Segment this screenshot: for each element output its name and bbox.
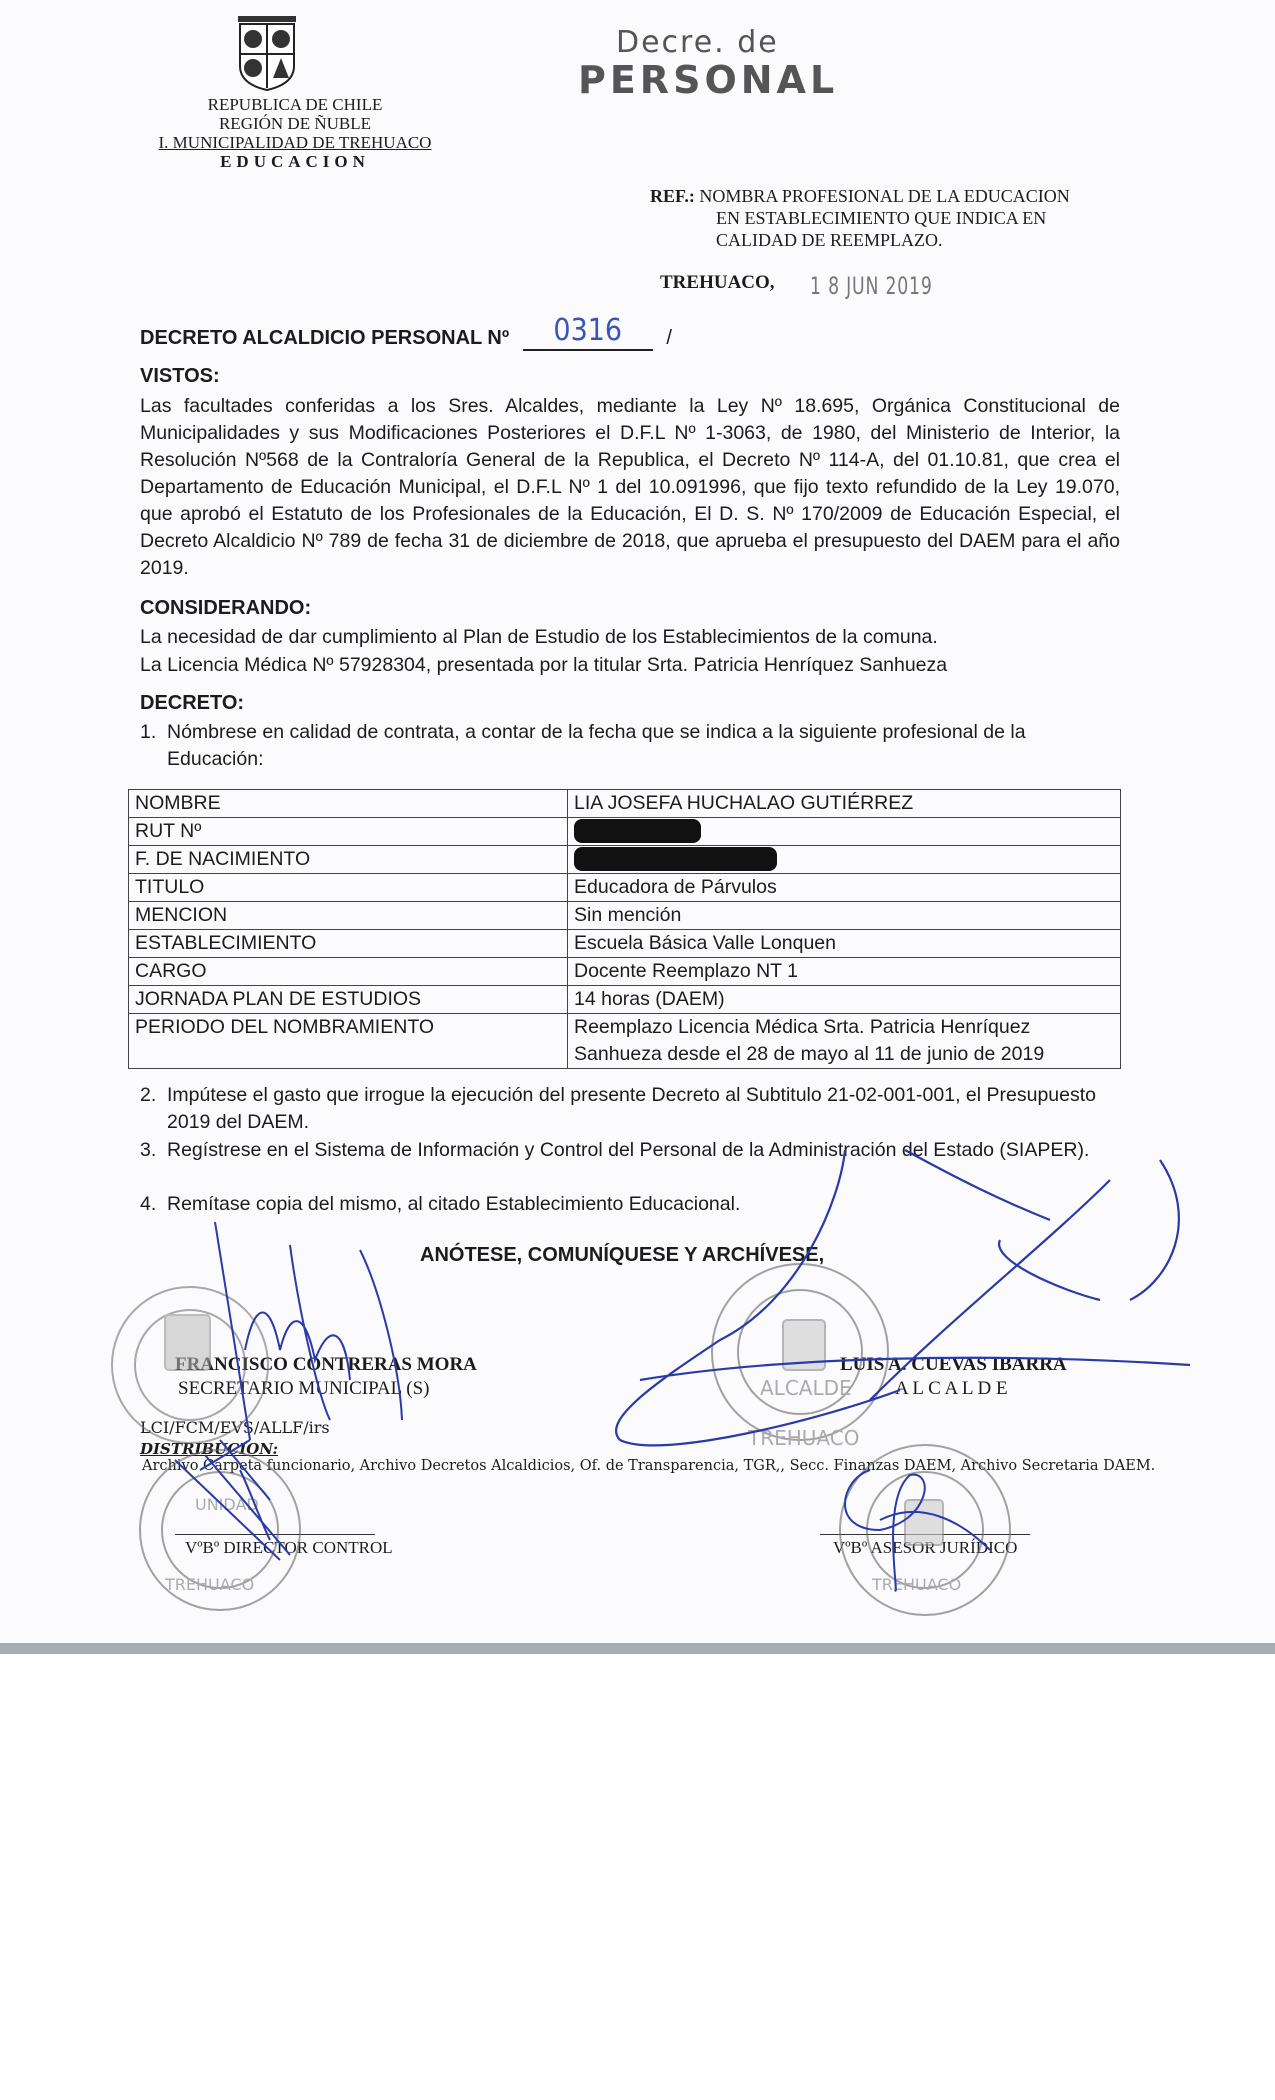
country-name: REPUBLICA DE CHILE <box>135 95 455 114</box>
control-approval-label: VºBº DIRECTOR CONTROL <box>185 1538 393 1558</box>
field-label: F. DE NACIMIENTO <box>129 846 568 874</box>
field-label: RUT Nº <box>129 818 568 846</box>
department-name: EDUCACION <box>135 152 455 171</box>
municipality-name: I. MUNICIPALIDAD DE TREHUACO <box>135 133 455 152</box>
field-label: PERIODO DEL NOMBRAMIENTO <box>129 1014 568 1069</box>
decreto-item-4: 4. Remítase copia del mismo, al citado E… <box>140 1191 1130 1218</box>
field-label: ESTABLECIMIENTO <box>129 930 568 958</box>
appointee-table: NOMBRELIA JOSEFA HUCHALAO GUTIÉRREZRUT N… <box>128 789 1121 1069</box>
table-row: PERIODO DEL NOMBRAMIENTOReemplazo Licenc… <box>129 1014 1121 1069</box>
field-value: 14 horas (DAEM) <box>568 986 1121 1014</box>
field-value: Sin mención <box>568 902 1121 930</box>
scan-edge <box>0 1643 1275 1654</box>
reference-label: REF.: <box>650 186 695 206</box>
table-row: ESTABLECIMIENTOEscuela Básica Valle Lonq… <box>129 930 1121 958</box>
control-seal-icon: UNIDAD TREHUACO <box>140 1450 300 1610</box>
field-label: TITULO <box>129 874 568 902</box>
distribution-title: DISTRIBUCION: <box>140 1440 278 1458</box>
region-name: REGIÓN DE ÑUBLE <box>135 114 455 133</box>
decreto-title: DECRETO: <box>140 692 244 715</box>
reference-line-2: EN ESTABLECIMIENTO QUE INDICA EN <box>650 207 1070 229</box>
reference-line-3: CALIDAD DE REEMPLAZO. <box>650 229 1070 251</box>
table-row: JORNADA PLAN DE ESTUDIOS14 horas (DAEM) <box>129 986 1121 1014</box>
decree-title: DECRETO ALCALDICIO PERSONAL Nº <box>140 327 509 349</box>
municipal-crest-icon <box>232 14 302 92</box>
svg-text:ALCALDE: ALCALDE <box>760 1376 852 1400</box>
secretary-name: FRANCISCO CONTRERAS MORA <box>175 1354 477 1376</box>
closing-formula: ANÓTESE, COMUNÍQUESE Y ARCHÍVESE, <box>420 1244 824 1267</box>
date-stamp: 1 8 JUN 2019 <box>810 272 933 300</box>
considerando-line-1: La necesidad de dar cumplimiento al Plan… <box>140 624 938 651</box>
field-label: NOMBRE <box>129 790 568 818</box>
field-label: CARGO <box>129 958 568 986</box>
svg-text:TREHUACO: TREHUACO <box>164 1575 254 1594</box>
initials: LCI/FCM/EVS/ALLF/irs <box>140 1418 330 1437</box>
table-row: NOMBRELIA JOSEFA HUCHALAO GUTIÉRREZ <box>129 790 1121 818</box>
svg-text:TREHUACO: TREHUACO <box>747 1426 859 1450</box>
field-label: MENCION <box>129 902 568 930</box>
field-value: Reemplazo Licencia Médica Srta. Patricia… <box>568 1014 1121 1069</box>
field-value-redacted <box>568 846 1121 874</box>
mayor-role: A L C A L D E <box>895 1378 1008 1400</box>
scanned-page: REPUBLICA DE CHILE REGIÓN DE ÑUBLE I. MU… <box>0 0 1275 1643</box>
decreto-item-3: 3. Regístrese en el Sistema de Informaci… <box>140 1137 1130 1164</box>
reference-line-1: NOMBRA PROFESIONAL DE LA EDUCACION <box>699 186 1069 206</box>
vistos-title: VISTOS: <box>140 365 220 388</box>
stamp-line-2: PERSONAL <box>578 60 838 100</box>
decree-number: 0316 <box>553 313 622 348</box>
legal-approval-label: VºBº ASESOR JURÍDICO <box>833 1538 1017 1558</box>
reference-block: REF.: NOMBRA PROFESIONAL DE LA EDUCACION… <box>650 185 1070 251</box>
secretary-role: SECRETARIO MUNICIPAL (S) <box>178 1378 429 1400</box>
svg-text:UNIDAD: UNIDAD <box>195 1495 259 1514</box>
field-label: JORNADA PLAN DE ESTUDIOS <box>129 986 568 1014</box>
distribution-list: Archivo Carpeta funcionario, Archivo Dec… <box>142 1458 1155 1474</box>
table-row: TITULOEducadora de Párvulos <box>129 874 1121 902</box>
decreto-item-2: 2. Impútese el gasto que irrogue la ejec… <box>140 1082 1130 1136</box>
field-value: Docente Reemplazo NT 1 <box>568 958 1121 986</box>
redaction-mark <box>574 819 701 843</box>
vistos-text: Las facultades conferidas a los Sres. Al… <box>140 393 1120 582</box>
decree-slash: / <box>666 327 672 349</box>
decree-number-line: DECRETO ALCALDICIO PERSONAL Nº 0316 / <box>140 325 672 351</box>
svg-text:TREHUACO: TREHUACO <box>871 1575 961 1594</box>
field-value: LIA JOSEFA HUCHALAO GUTIÉRREZ <box>568 790 1121 818</box>
decree-type-stamp: Decre. de PERSONAL <box>578 26 838 100</box>
considerando-line-2: La Licencia Médica Nº 57928304, presenta… <box>140 652 947 679</box>
mayor-name: LUIS A. CUEVAS IBARRA <box>840 1354 1067 1376</box>
decreto-item-1: 1. Nómbrese en calidad de contrata, a co… <box>140 719 1120 773</box>
table-row: CARGODocente Reemplazo NT 1 <box>129 958 1121 986</box>
field-value: Escuela Básica Valle Lonquen <box>568 930 1121 958</box>
legal-signature-icon <box>845 1470 990 1591</box>
city: TREHUACO, <box>660 272 775 294</box>
considerando-title: CONSIDERANDO: <box>140 597 311 620</box>
redaction-mark <box>574 847 777 871</box>
control-signature-line <box>175 1534 375 1535</box>
legal-signature-line <box>820 1534 1030 1535</box>
table-row: MENCIONSin mención <box>129 902 1121 930</box>
table-row: F. DE NACIMIENTO <box>129 846 1121 874</box>
table-row: RUT Nº <box>129 818 1121 846</box>
field-value-redacted <box>568 818 1121 846</box>
issuer-header: REPUBLICA DE CHILE REGIÓN DE ÑUBLE I. MU… <box>135 95 455 171</box>
stamp-line-1: Decre. de <box>616 26 838 60</box>
field-value: Educadora de Párvulos <box>568 874 1121 902</box>
